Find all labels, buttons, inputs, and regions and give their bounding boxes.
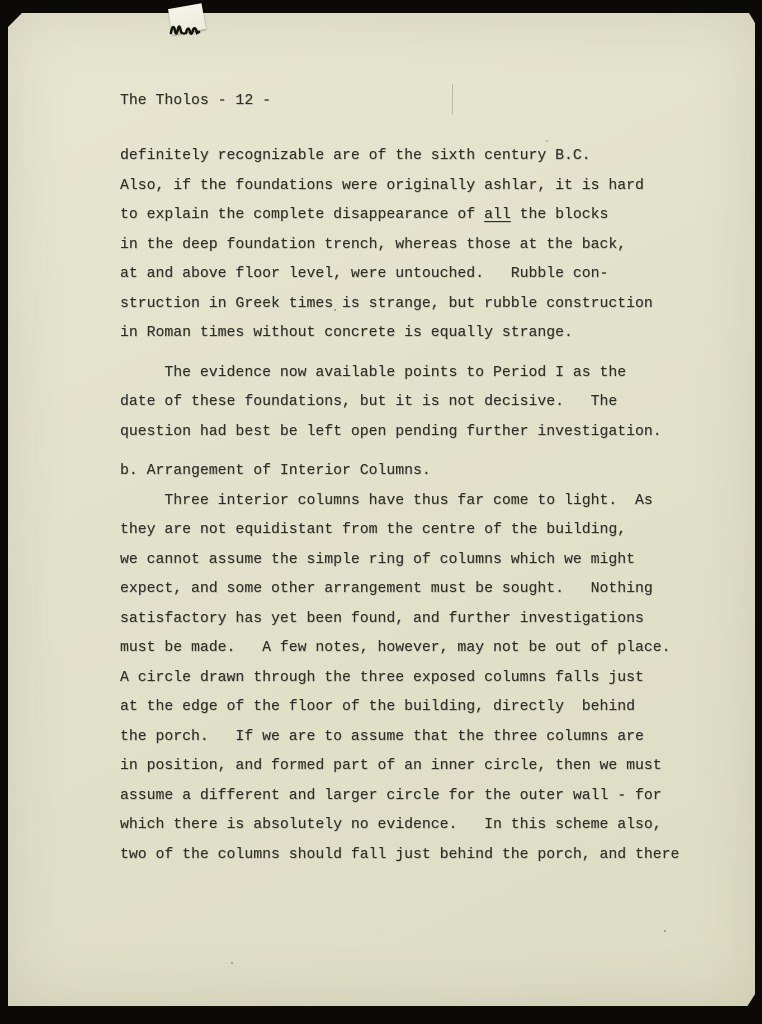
text-segment: we cannot assume the simple ring of colu… [120, 552, 635, 568]
section-heading-interior-columns: b. Arrangement of Interior Columns. [120, 457, 700, 487]
text-line: must be made. A few notes, however, may … [120, 634, 700, 664]
text-line: question had best be left open pending f… [120, 418, 700, 448]
text-segment: at and above floor level, were untouched… [120, 266, 608, 282]
text-segment: in Roman times without concrete is equal… [120, 325, 573, 341]
text-line: satisfactory has yet been found, and fur… [120, 605, 700, 635]
text-segment: expect, and some other arrangement must … [120, 581, 653, 597]
text-segment: b. Arrangement of Interior Columns. [120, 463, 431, 479]
text-line: to explain the complete disappearance of… [120, 201, 700, 231]
paper-speck [231, 962, 233, 964]
typewritten-content: The Tholos - 12 - definitely recognizabl… [120, 86, 700, 870]
text-segment: which there is absolutely no evidence. I… [120, 817, 662, 833]
text-line: assume a different and larger circle for… [120, 782, 700, 812]
text-line: b. Arrangement of Interior Columns. [120, 457, 700, 487]
text-segment: Three interior columns have thus far com… [120, 493, 653, 509]
text-line: date of these foundations, but it is not… [120, 388, 700, 418]
text-segment: in the deep foundation trench, whereas t… [120, 237, 626, 253]
paper-crease [452, 84, 453, 114]
document-page: The Tholos - 12 - definitely recognizabl… [8, 13, 755, 1006]
scanned-photo-background: The Tholos - 12 - definitely recognizabl… [0, 0, 762, 1024]
text-line: expect, and some other arrangement must … [120, 575, 700, 605]
text-segment: question had best be left open pending f… [120, 424, 662, 440]
handwritten-scribble-mark [168, 20, 208, 38]
text-segment: at the edge of the floor of the building… [120, 699, 635, 715]
page-title: The Tholos - 12 - [120, 86, 700, 116]
text-segment: A circle drawn through the three exposed… [120, 670, 644, 686]
text-line: at and above floor level, were untouched… [120, 260, 700, 290]
text-segment: they are not equidistant from the centre… [120, 522, 626, 538]
text-line: we cannot assume the simple ring of colu… [120, 546, 700, 576]
text-line: definitely recognizable are of the sixth… [120, 142, 700, 172]
paper-speck [334, 309, 336, 311]
text-segment: the blocks [511, 207, 609, 223]
text-segment: satisfactory has yet been found, and fur… [120, 611, 644, 627]
underlined-word: all [484, 207, 511, 223]
text-line: A circle drawn through the three exposed… [120, 664, 700, 694]
text-segment: must be made. A few notes, however, may … [120, 640, 671, 656]
text-line: The evidence now available points to Per… [120, 359, 700, 389]
text-line: in position, and formed part of an inner… [120, 752, 700, 782]
text-line: struction in Greek times is strange, but… [120, 290, 700, 320]
text-segment: assume a different and larger circle for… [120, 788, 662, 804]
text-segment: the porch. If we are to assume that the … [120, 729, 644, 745]
text-line: Three interior columns have thus far com… [120, 487, 700, 517]
text-line: at the edge of the floor of the building… [120, 693, 700, 723]
paper-speck [664, 930, 666, 932]
text-segment: to explain the complete disappearance of [120, 207, 484, 223]
text-segment: struction in Greek times is strange, but… [120, 296, 653, 312]
text-segment: definitely recognizable are of the sixth… [120, 148, 591, 164]
text-line: Also, if the foundations were originally… [120, 172, 700, 202]
text-line: in the deep foundation trench, whereas t… [120, 231, 700, 261]
text-line: in Roman times without concrete is equal… [120, 319, 700, 349]
paragraph-evidence: The evidence now available points to Per… [120, 359, 700, 448]
text-line: two of the columns should fall just behi… [120, 841, 700, 871]
text-line: the porch. If we are to assume that the … [120, 723, 700, 753]
text-segment: Also, if the foundations were originally… [120, 178, 644, 194]
text-segment: The evidence now available points to Per… [120, 365, 626, 381]
document-body: definitely recognizable are of the sixth… [120, 142, 700, 870]
text-segment: in position, and formed part of an inner… [120, 758, 662, 774]
paragraph-foundations: definitely recognizable are of the sixth… [120, 142, 700, 349]
text-segment: two of the columns should fall just behi… [120, 847, 679, 863]
paper-speck [546, 140, 548, 142]
text-line: they are not equidistant from the centre… [120, 516, 700, 546]
text-line: which there is absolutely no evidence. I… [120, 811, 700, 841]
paragraph-interior-columns: Three interior columns have thus far com… [120, 487, 700, 871]
text-segment: date of these foundations, but it is not… [120, 394, 617, 410]
